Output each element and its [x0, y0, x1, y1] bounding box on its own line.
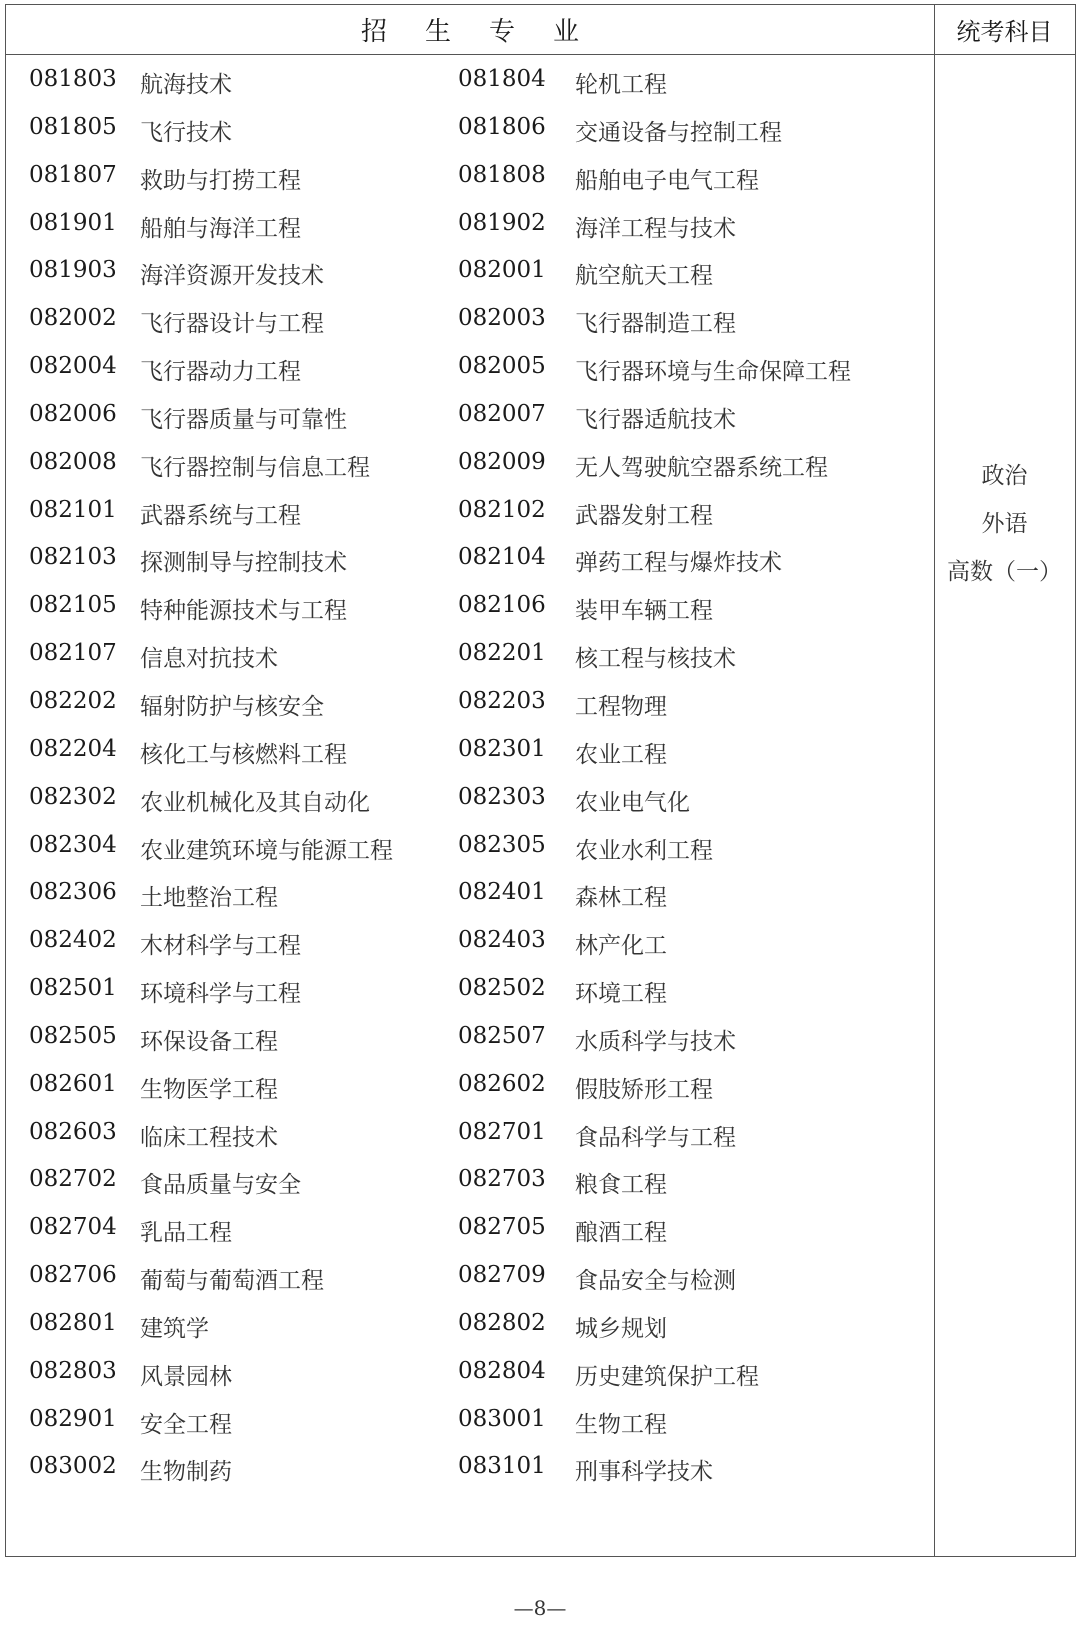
major-code: 082204	[29, 736, 117, 762]
major-name: 食品科学与工程	[575, 1119, 736, 1152]
major-code: 082401	[458, 879, 546, 905]
table-row: 081807救助与打捞工程081808船舶电子电气工程	[6, 151, 934, 199]
table-row: 082501环境科学与工程082502环境工程	[6, 964, 934, 1012]
major-name: 生物工程	[575, 1406, 667, 1439]
major-name: 土地整治工程	[140, 879, 278, 912]
major-code: 082901	[29, 1406, 117, 1432]
major-code: 081805	[29, 114, 117, 140]
table-row: 082505环保设备工程082507水质科学与技术	[6, 1012, 934, 1060]
header-subjects: 统考科目	[934, 5, 1075, 53]
major-code: 082009	[458, 449, 546, 475]
major-name: 森林工程	[575, 879, 667, 912]
major-name: 轮机工程	[575, 66, 667, 99]
table-row: 081803航海技术081804轮机工程	[6, 55, 934, 103]
major-code: 082709	[458, 1262, 546, 1288]
major-name: 临床工程技术	[140, 1119, 278, 1152]
major-code: 082306	[29, 879, 117, 905]
major-name: 环保设备工程	[140, 1023, 278, 1056]
subject-foreign-language: 外语	[934, 501, 1075, 549]
major-code: 082203	[458, 688, 546, 714]
table-row: 083002生物制药083101刑事科学技术	[6, 1442, 934, 1490]
major-code: 081803	[29, 66, 117, 92]
major-name: 工程物理	[575, 688, 667, 721]
major-code: 081902	[458, 210, 546, 236]
major-name: 航空航天工程	[575, 257, 713, 290]
major-name: 粮食工程	[575, 1166, 667, 1199]
subject-politics: 政治	[934, 453, 1075, 501]
major-name: 核化工与核燃料工程	[140, 736, 347, 769]
major-code: 082705	[458, 1214, 546, 1240]
major-name: 弹药工程与爆炸技术	[575, 544, 782, 577]
table-row: 082004飞行器动力工程082005飞行器环境与生命保障工程	[6, 342, 934, 390]
table-row: 082706葡萄与葡萄酒工程082709食品安全与检测	[6, 1251, 934, 1299]
major-code: 082104	[458, 544, 546, 570]
major-name: 无人驾驶航空器系统工程	[575, 449, 828, 482]
major-code: 082507	[458, 1023, 546, 1049]
major-name: 核工程与核技术	[575, 640, 736, 673]
table-row: 082803风景园林082804历史建筑保护工程	[6, 1347, 934, 1395]
major-name: 农业水利工程	[575, 832, 713, 865]
major-name: 武器发射工程	[575, 497, 713, 530]
major-code: 082106	[458, 592, 546, 618]
major-code: 082801	[29, 1310, 117, 1336]
major-name: 安全工程	[140, 1406, 232, 1439]
table-row: 082006飞行器质量与可靠性082007飞行器适航技术	[6, 390, 934, 438]
table-row: 082402木材科学与工程082403林产化工	[6, 916, 934, 964]
major-name: 刑事科学技术	[575, 1453, 713, 1486]
major-name: 风景园林	[140, 1358, 232, 1391]
major-code: 082105	[29, 592, 117, 618]
major-name: 建筑学	[140, 1310, 209, 1343]
table-row: 082008飞行器控制与信息工程082009无人驾驶航空器系统工程	[6, 438, 934, 486]
major-code: 082103	[29, 544, 117, 570]
major-name: 交通设备与控制工程	[575, 114, 782, 147]
major-code: 082001	[458, 257, 546, 283]
major-name: 水质科学与技术	[575, 1023, 736, 1056]
table-row: 082702食品质量与安全082703粮食工程	[6, 1155, 934, 1203]
major-code: 082701	[458, 1119, 546, 1145]
major-code: 082004	[29, 353, 117, 379]
major-code: 082304	[29, 832, 117, 858]
table-row: 081805飞行技术081806交通设备与控制工程	[6, 103, 934, 151]
major-name: 辐射防护与核安全	[140, 688, 324, 721]
major-name: 飞行器环境与生命保障工程	[575, 353, 851, 386]
major-code: 082702	[29, 1166, 117, 1192]
major-code: 082305	[458, 832, 546, 858]
major-name: 船舶与海洋工程	[140, 210, 301, 243]
major-name: 装甲车辆工程	[575, 592, 713, 625]
subject-math: 高数（一）	[934, 549, 1075, 597]
table-row: 082901安全工程083001生物工程	[6, 1395, 934, 1443]
major-name: 农业电气化	[575, 784, 690, 817]
major-name: 武器系统与工程	[140, 497, 301, 530]
major-code: 082505	[29, 1023, 117, 1049]
major-name: 城乡规划	[575, 1310, 667, 1343]
table-row: 082304农业建筑环境与能源工程082305农业水利工程	[6, 821, 934, 869]
major-name: 飞行器设计与工程	[140, 305, 324, 338]
table-row: 082306土地整治工程082401森林工程	[6, 868, 934, 916]
table-header: 招生专业 统考科目	[6, 5, 1075, 55]
major-name: 历史建筑保护工程	[575, 1358, 759, 1391]
major-code: 081806	[458, 114, 546, 140]
major-code: 082601	[29, 1071, 117, 1097]
majors-table: 招生专业 统考科目 081803航海技术081804轮机工程081805飞行技术…	[5, 4, 1076, 1557]
table-row: 082103探测制导与控制技术082104弹药工程与爆炸技术	[6, 533, 934, 581]
major-rows: 081803航海技术081804轮机工程081805飞行技术081806交通设备…	[6, 55, 934, 1490]
exam-subjects: 政治 外语 高数（一）	[934, 453, 1075, 597]
major-name: 农业工程	[575, 736, 667, 769]
major-code: 082202	[29, 688, 117, 714]
major-code: 082602	[458, 1071, 546, 1097]
major-code: 081807	[29, 162, 117, 188]
major-name: 葡萄与葡萄酒工程	[140, 1262, 324, 1295]
major-code: 082703	[458, 1166, 546, 1192]
table-row: 082601生物医学工程082602假肢矫形工程	[6, 1060, 934, 1108]
major-name: 农业建筑环境与能源工程	[140, 832, 393, 865]
major-code: 082006	[29, 401, 117, 427]
major-name: 特种能源技术与工程	[140, 592, 347, 625]
major-code: 082003	[458, 305, 546, 331]
major-name: 飞行技术	[140, 114, 232, 147]
major-name: 木材科学与工程	[140, 927, 301, 960]
table-row: 082202辐射防护与核安全082203工程物理	[6, 677, 934, 725]
page-number: —8—	[0, 1596, 1080, 1620]
major-code: 082301	[458, 736, 546, 762]
major-code: 083001	[458, 1406, 546, 1432]
major-code: 082802	[458, 1310, 546, 1336]
major-code: 082007	[458, 401, 546, 427]
header-major: 招生专业	[6, 5, 934, 53]
table-row: 082204核化工与核燃料工程082301农业工程	[6, 725, 934, 773]
major-code: 082002	[29, 305, 117, 331]
major-name: 航海技术	[140, 66, 232, 99]
major-name: 飞行器控制与信息工程	[140, 449, 370, 482]
table-row: 082107信息对抗技术082201核工程与核技术	[6, 629, 934, 677]
major-code: 081903	[29, 257, 117, 283]
major-code: 082005	[458, 353, 546, 379]
major-name: 酿酒工程	[575, 1214, 667, 1247]
major-name: 生物制药	[140, 1453, 232, 1486]
major-name: 林产化工	[575, 927, 667, 960]
major-name: 信息对抗技术	[140, 640, 278, 673]
major-code: 082402	[29, 927, 117, 953]
major-name: 探测制导与控制技术	[140, 544, 347, 577]
major-code: 081901	[29, 210, 117, 236]
major-code: 083002	[29, 1453, 117, 1479]
major-name: 环境科学与工程	[140, 975, 301, 1008]
column-divider	[934, 5, 935, 1556]
major-code: 082706	[29, 1262, 117, 1288]
major-name: 乳品工程	[140, 1214, 232, 1247]
major-code: 082101	[29, 497, 117, 523]
major-code: 082102	[458, 497, 546, 523]
major-code: 082803	[29, 1358, 117, 1384]
major-code: 082501	[29, 975, 117, 1001]
major-name: 农业机械化及其自动化	[140, 784, 370, 817]
major-code: 083101	[458, 1453, 546, 1479]
major-code: 082008	[29, 449, 117, 475]
major-code: 082502	[458, 975, 546, 1001]
major-name: 海洋工程与技术	[575, 210, 736, 243]
major-code: 082302	[29, 784, 117, 810]
table-row: 081903海洋资源开发技术082001航空航天工程	[6, 246, 934, 294]
major-name: 生物医学工程	[140, 1071, 278, 1104]
major-code: 082403	[458, 927, 546, 953]
table-row: 082603临床工程技术082701食品科学与工程	[6, 1108, 934, 1156]
major-name: 海洋资源开发技术	[140, 257, 324, 290]
major-code: 082804	[458, 1358, 546, 1384]
major-code: 081804	[458, 66, 546, 92]
major-name: 飞行器制造工程	[575, 305, 736, 338]
major-name: 救助与打捞工程	[140, 162, 301, 195]
table-row: 081901船舶与海洋工程081902海洋工程与技术	[6, 199, 934, 247]
major-name: 飞行器适航技术	[575, 401, 736, 434]
major-name: 飞行器质量与可靠性	[140, 401, 347, 434]
table-row: 082801建筑学082802城乡规划	[6, 1299, 934, 1347]
major-name: 食品安全与检测	[575, 1262, 736, 1295]
major-name: 船舶电子电气工程	[575, 162, 759, 195]
table-row: 082302农业机械化及其自动化082303农业电气化	[6, 773, 934, 821]
table-row: 082704乳品工程082705酿酒工程	[6, 1203, 934, 1251]
major-code: 082603	[29, 1119, 117, 1145]
major-name: 假肢矫形工程	[575, 1071, 713, 1104]
major-name: 环境工程	[575, 975, 667, 1008]
table-row: 082105特种能源技术与工程082106装甲车辆工程	[6, 581, 934, 629]
major-name: 食品质量与安全	[140, 1166, 301, 1199]
major-code: 082201	[458, 640, 546, 666]
major-name: 飞行器动力工程	[140, 353, 301, 386]
major-code: 081808	[458, 162, 546, 188]
major-code: 082704	[29, 1214, 117, 1240]
table-row: 082002飞行器设计与工程082003飞行器制造工程	[6, 294, 934, 342]
major-code: 082303	[458, 784, 546, 810]
major-code: 082107	[29, 640, 117, 666]
table-row: 082101武器系统与工程082102武器发射工程	[6, 486, 934, 534]
